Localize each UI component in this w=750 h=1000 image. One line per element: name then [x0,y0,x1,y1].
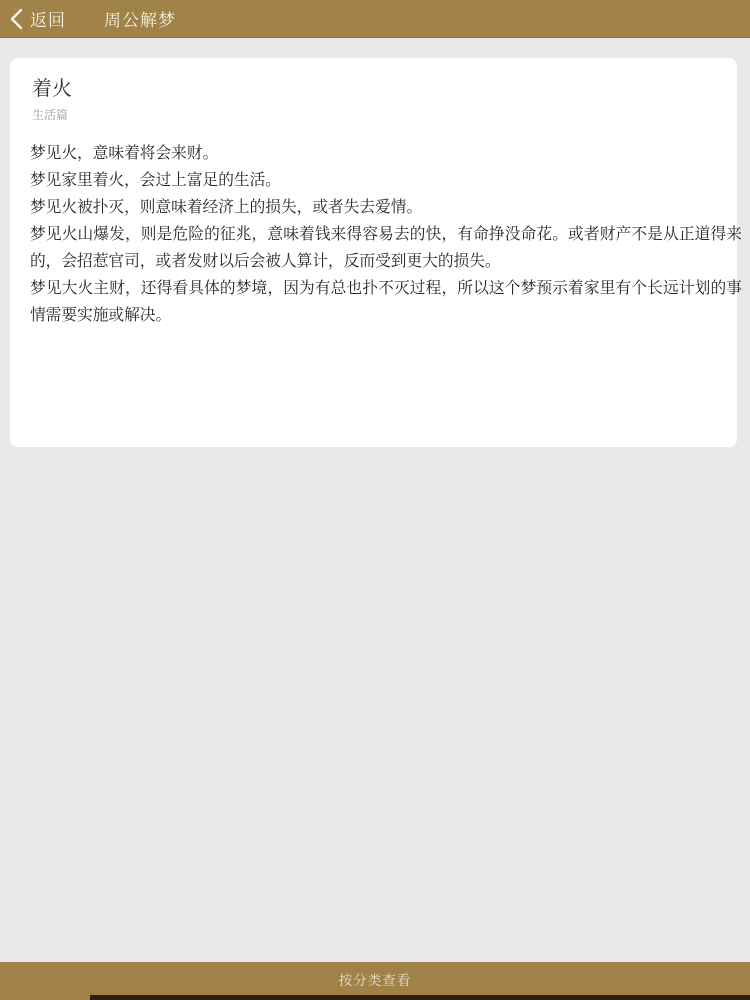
chevron-left-icon [10,8,23,30]
article-paragraph: 梦见家里着火，会过上富足的生活。 [30,167,742,194]
article-card: 着火 生活篇 梦见火，意味着将会来财。梦见家里着火，会过上富足的生活。梦见火被扑… [10,58,737,447]
view-by-category-label: 按分类查看 [339,969,412,989]
article-body: 梦见火，意味着将会来财。梦见家里着火，会过上富足的生活。梦见火被扑灭，则意味着经… [30,140,742,329]
bottom-dark-strip [90,995,750,1000]
article-paragraph: 梦见火被扑灭，则意味着经济上的损失，或者失去爱情。 [30,194,742,221]
article-title: 着火 [32,72,728,101]
article-paragraph: 梦见大火主财，还得看具体的梦境，因为有总也扑不灭过程，所以这个梦预示着家里有个长… [30,275,742,329]
back-button[interactable]: 返回 [0,0,76,37]
article-paragraph: 梦见火，意味着将会来财。 [30,140,742,167]
navbar: 返回 周公解梦 [0,0,750,38]
page-title: 周公解梦 [104,6,176,31]
article-category: 生活篇 [32,106,728,123]
article-paragraph: 梦见火山爆发，则是危险的征兆，意味着钱来得容易去的快，有命挣没命花。或者财产不是… [30,221,742,275]
back-button-label: 返回 [30,6,66,31]
